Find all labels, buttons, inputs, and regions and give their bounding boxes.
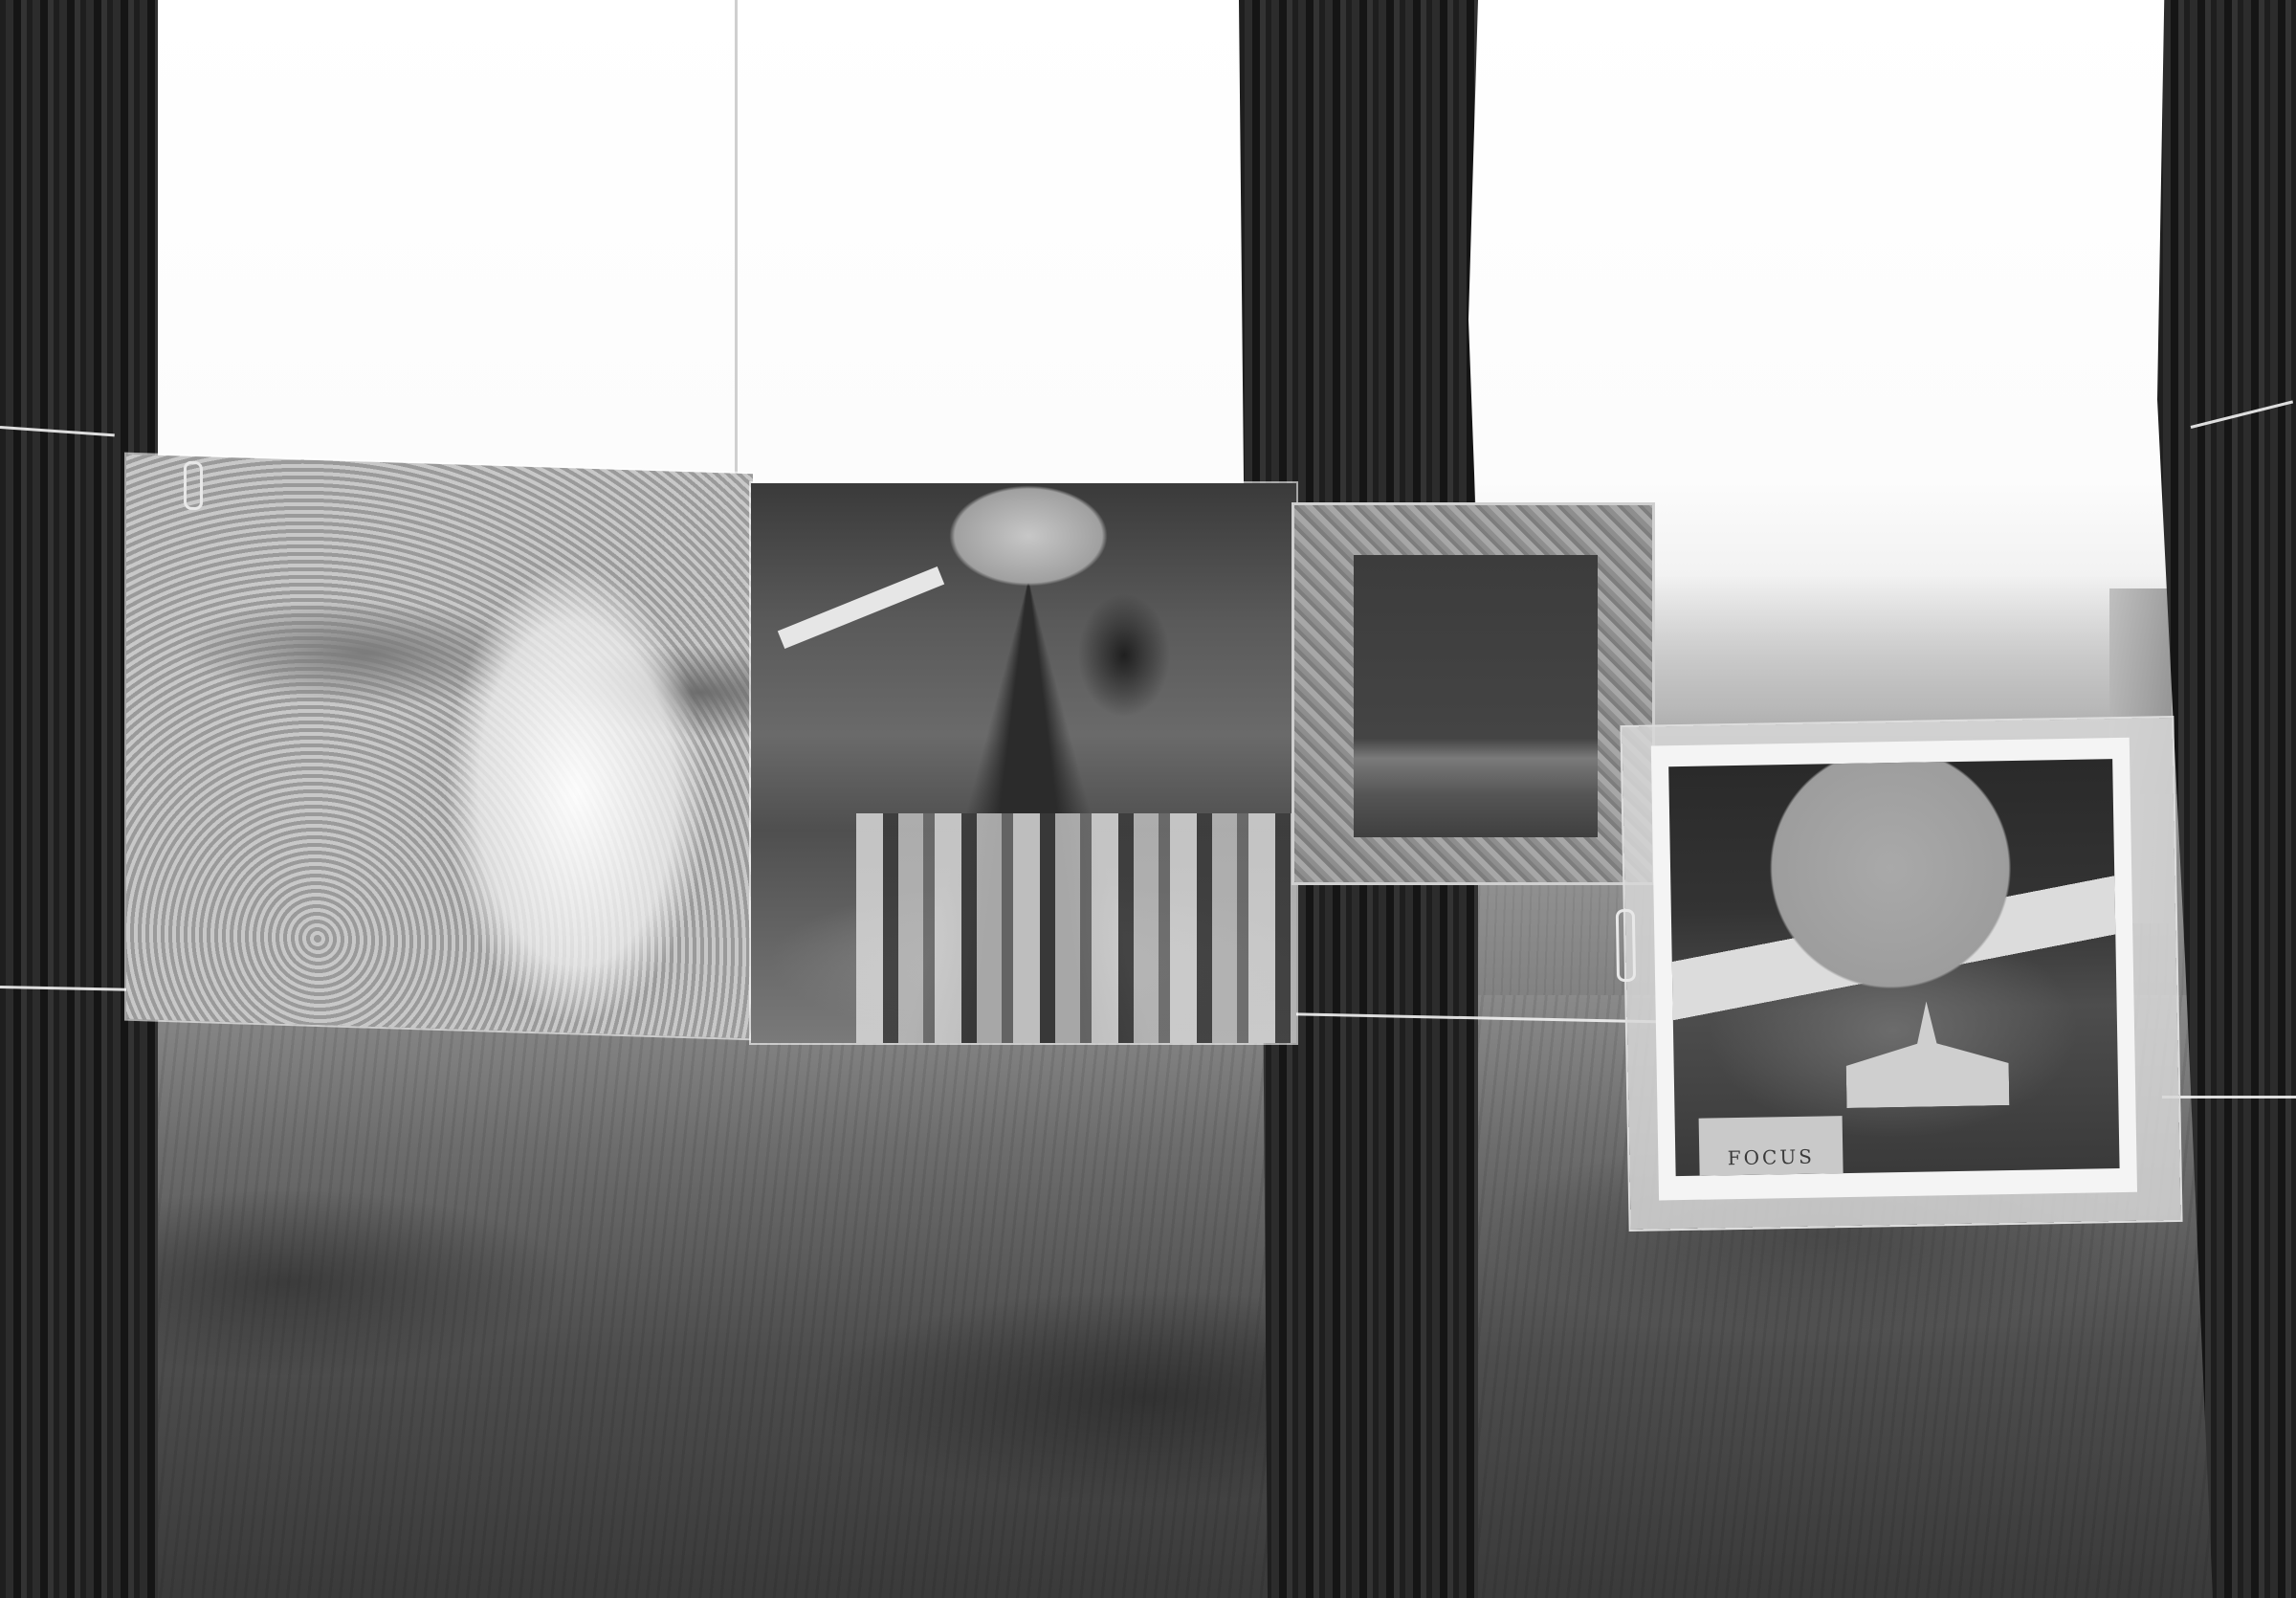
paper-clip-icon bbox=[184, 461, 203, 511]
hanging-string bbox=[735, 0, 738, 478]
focus-card-collage: FOCUS bbox=[1668, 759, 2119, 1176]
artwork-woman-in-field bbox=[126, 455, 753, 1039]
church-shape bbox=[1845, 1000, 2010, 1108]
focus-card: FOCUS bbox=[1651, 738, 2137, 1201]
clothesline-right bbox=[2162, 1096, 2296, 1099]
artwork-collage-crowd bbox=[751, 483, 1296, 1043]
crowd-of-people bbox=[856, 813, 1296, 1043]
paper-clip-icon bbox=[1616, 909, 1636, 982]
focus-label: FOCUS bbox=[1699, 1116, 1843, 1176]
artwork-focus-card-sleeve: FOCUS bbox=[1622, 718, 2180, 1230]
airplane-shape bbox=[778, 566, 944, 649]
artwork-ornate-frame bbox=[1291, 502, 1655, 885]
frame-interior bbox=[1354, 555, 1598, 837]
photo-scene: FOCUS bbox=[0, 0, 2296, 1598]
